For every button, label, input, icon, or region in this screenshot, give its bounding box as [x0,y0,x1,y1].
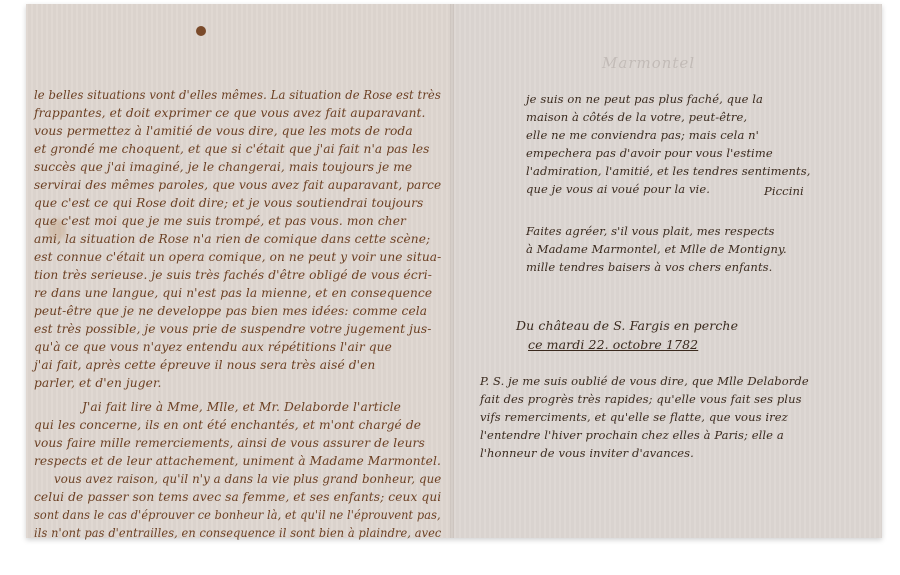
letter-line: maison à côtés de la votre, peut-être, [526,110,747,124]
postscript-line: l'entendre l'hiver prochain chez elles à… [480,428,784,442]
letter-line: vous faire mille remerciements, ainsi de… [34,436,425,450]
letter-line: est connue c'était un opera comique, on … [34,250,441,264]
letter-line: frappantes, et doit exprimer ce que vous… [34,106,426,120]
dateline-date: ce mardi 22. octobre 1782 [528,337,698,352]
faint-heading-watermark: Marmontel [602,54,695,72]
letter-line: celui de passer son tems avec sa femme, … [34,490,441,504]
signature: Piccini [764,184,804,198]
postscript-line: vifs remerciments, et qu'elle se flatte,… [480,410,788,424]
letter-line: parler, et d'en juger. [34,376,162,390]
letter-line: sont dans le cas d'éprouver ce bonheur l… [34,508,441,522]
letter-line: re dans une langue, qui n'est pas la mie… [34,286,432,300]
letter-line: j'ai fait, après cette épreuve il nous s… [34,358,375,372]
letter-line: et grondé me choquent, et que si c'était… [34,142,430,156]
letter-line: à Madame Marmontel, et Mlle de Montigny. [526,242,787,256]
letter-line: ami, la situation de Rose n'a rien de co… [34,232,430,246]
letter-line: l'admiration, l'amitié, et les tendres s… [526,164,811,178]
right-page: Marmontel je suis on ne peut pas plus fa… [454,4,882,538]
letter-line: vous avez raison, qu'il n'y a dans la vi… [54,472,441,486]
letter-line: que je vous ai voué pour la vie. [526,182,710,196]
letter-line: elle ne me conviendra pas; mais cela n' [526,128,759,142]
left-page: le belles situations vont d'elles mêmes.… [26,4,451,538]
letter-line: J'ai fait lire à Mme, Mlle, et Mr. Delab… [82,400,401,414]
letter-line: je suis on ne peut pas plus faché, que l… [526,92,763,106]
postscript-line: P. S. je me suis oublié de vous dire, qu… [480,374,809,388]
letter-line: vous permettez à l'amitié de vous dire, … [34,124,413,138]
letter-line: mille tendres baisers à vos chers enfant… [526,260,772,274]
letter-line: ils n'ont pas d'entrailles, en consequen… [34,526,441,540]
letter-line: Faites agréer, s'il vous plait, mes resp… [526,224,775,238]
letter-sheet: le belles situations vont d'elles mêmes.… [26,4,882,538]
postscript-line: l'honneur de vous inviter d'avances. [480,446,694,460]
letter-line: servirai des mêmes paroles, que vous ave… [34,178,441,192]
letter-line: peut-être que je ne developpe pas bien m… [34,304,427,318]
ink-blot [196,26,206,36]
letter-line: qui les concerne, ils en ont été enchant… [34,418,421,432]
letter-line: tion très serieuse. je suis très fachés … [34,268,432,282]
letter-line: empechera pas d'avoir pour vous l'estime [526,146,773,160]
letter-line: est très possible, je vous prie de suspe… [34,322,431,336]
dateline-place: Du château de S. Fargis en perche [516,318,738,333]
letter-line: succès que j'ai imaginé, je le changerai… [34,160,412,174]
letter-line: respects et de leur attachement, uniment… [34,454,441,468]
letter-line: que c'est ce qui Rose doit dire; et je v… [34,196,423,210]
letter-line: que c'est moi que je me suis trompé, et … [34,214,406,228]
letter-line: qu'à ce que vous n'ayez entendu aux répé… [34,340,392,354]
letter-line: le belles situations vont d'elles mêmes.… [34,88,441,102]
postscript-line: fait des progrès très rapides; qu'elle v… [480,392,802,406]
